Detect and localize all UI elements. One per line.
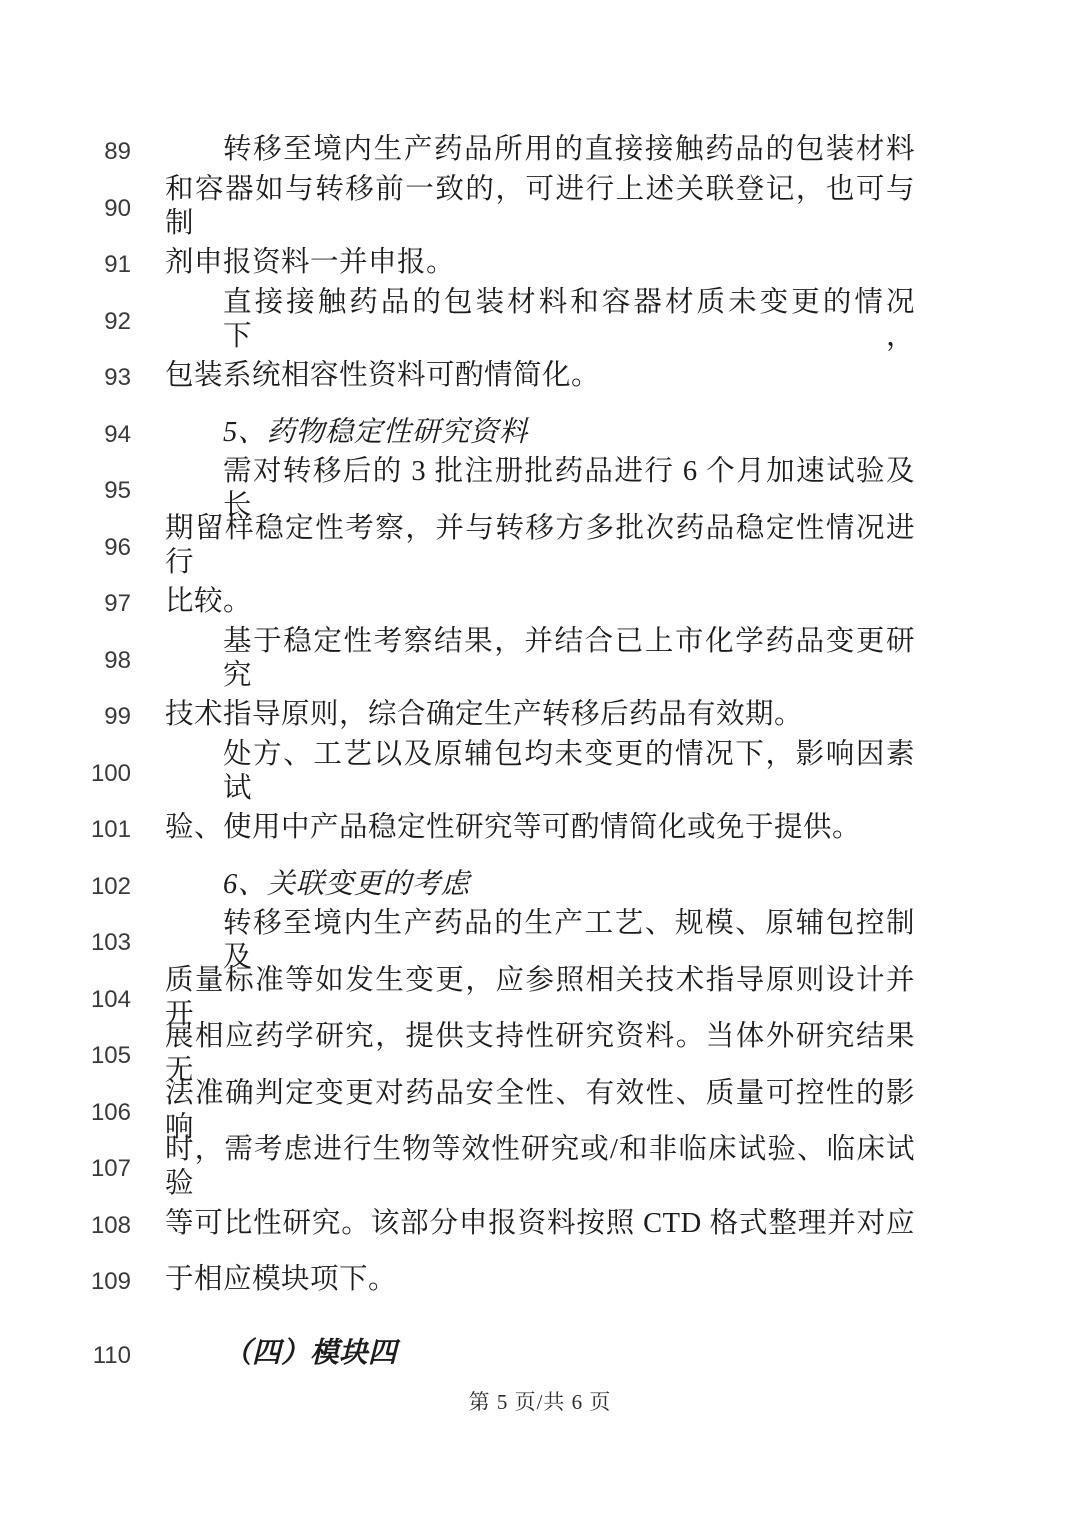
line-number: 89 [0,136,131,164]
line-row: 108 等可比性研究。该部分申报资料按照 CTD 格式整理并对应 [0,1196,1080,1253]
line-number: 98 [0,645,131,673]
line-text: 期留样稳定性考察，并与转移方多批次药品稳定性情况进行 [165,512,915,580]
line-row: 105 展相应药学研究，提供支持性研究资料。当体外研究结果无 [0,1026,1080,1083]
document-page: 89 转移至境内生产药品所用的直接接触药品的包装材料 90 和容器如与转移前一致… [0,0,1080,1527]
line-number: 100 [0,758,131,786]
line-row: 103 转移至境内生产药品的生产工艺、规模、原辅包控制及 [0,913,1080,970]
line-number: 96 [0,532,131,560]
line-text: 比较。 [165,585,915,619]
line-text: 于相应模块项下。 [165,1263,915,1297]
line-row: 99 技术指导原则，综合确定生产转移后药品有效期。 [0,687,1080,744]
section-heading: 6、关联变更的考虑 [165,868,915,902]
line-number: 103 [0,927,131,955]
line-row: 93 包装系统相容性资料可酌情简化。 [0,348,1080,405]
line-number: 93 [0,362,131,390]
section-heading: 5、药物稳定性研究资料 [165,416,915,450]
line-number: 97 [0,588,131,616]
document-body: 89 转移至境内生产药品所用的直接接触药品的包装材料 90 和容器如与转移前一致… [0,0,1080,1422]
line-number: 92 [0,306,131,334]
line-number: 106 [0,1097,131,1125]
line-number: 109 [0,1266,131,1294]
line-text: 和容器如与转移前一致的，可进行上述关联登记，也可与制 [165,173,915,241]
section-heading: （四）模块四 [165,1337,915,1371]
line-number: 90 [0,193,131,221]
line-text: 转移至境内生产药品所用的直接接触药品的包装材料 [165,133,915,167]
line-row: 94 5、药物稳定性研究资料 [0,405,1080,462]
line-number: 110 [0,1340,131,1368]
line-text: 等可比性研究。该部分申报资料按照 CTD 格式整理并对应 [165,1207,915,1241]
page-footer: 第 5 页/共 6 页 [0,1382,1080,1422]
line-row: 92 直接接触药品的包装材料和容器材质未变更的情况下， [0,292,1080,349]
line-text: 验、使用中产品稳定性研究等可酌情简化或免于提供。 [165,811,915,845]
line-row: 107 时，需考虑进行生物等效性研究或/和非临床试验、临床试验 [0,1139,1080,1196]
line-text: 包装系统相容性资料可酌情简化。 [165,359,915,393]
line-row: 110 （四）模块四 [0,1326,1080,1383]
line-number: 101 [0,814,131,842]
line-number: 107 [0,1153,131,1181]
line-number: 104 [0,984,131,1012]
line-row: 97 比较。 [0,574,1080,631]
line-text: 直接接触药品的包装材料和容器材质未变更的情况下， [165,286,915,354]
line-number: 105 [0,1040,131,1068]
line-text: 技术指导原则，综合确定生产转移后药品有效期。 [165,698,915,732]
line-row: 104 质量标准等如发生变更，应参照相关技术指导原则设计并开 [0,970,1080,1027]
line-text: 基于稳定性考察结果，并结合已上市化学药品变更研究 [165,625,915,693]
line-number: 94 [0,419,131,447]
line-number: 108 [0,1210,131,1238]
line-number: 91 [0,249,131,277]
line-text: 处方、工艺以及原辅包均未变更的情况下，影响因素试 [165,738,915,806]
line-row: 101 验、使用中产品稳定性研究等可酌情简化或免于提供。 [0,800,1080,857]
line-text: 时，需考虑进行生物等效性研究或/和非临床试验、临床试验 [165,1133,915,1201]
line-row: 109 于相应模块项下。 [0,1252,1080,1309]
line-row: 98 基于稳定性考察结果，并结合已上市化学药品变更研究 [0,631,1080,688]
line-row: 90 和容器如与转移前一致的，可进行上述关联登记，也可与制 [0,179,1080,236]
line-text: 剂申报资料一并申报。 [165,246,915,280]
line-row: 95 需对转移后的 3 批注册批药品进行 6 个月加速试验及长 [0,461,1080,518]
line-row: 96 期留样稳定性考察，并与转移方多批次药品稳定性情况进行 [0,518,1080,575]
line-number: 95 [0,475,131,503]
line-number: 99 [0,701,131,729]
line-row: 106 法准确判定变更对药品安全性、有效性、质量可控性的影响 [0,1083,1080,1140]
line-row: 91 剂申报资料一并申报。 [0,235,1080,292]
line-row: 102 6、关联变更的考虑 [0,857,1080,914]
line-number: 102 [0,871,131,899]
line-row: 100 处方、工艺以及原辅包均未变更的情况下，影响因素试 [0,744,1080,801]
line-row: 89 转移至境内生产药品所用的直接接触药品的包装材料 [0,122,1080,179]
